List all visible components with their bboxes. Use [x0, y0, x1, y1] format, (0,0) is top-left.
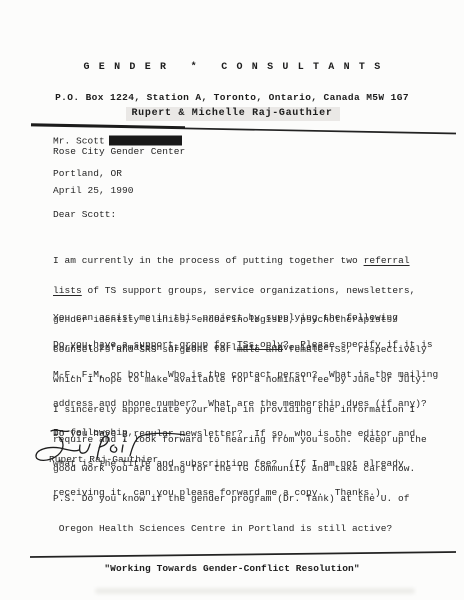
letter-page: GENDER * CONSULTANTS P.O. Box 1224, Stat…	[0, 0, 464, 600]
text-segment: M-F, F-M, or both. Who is the contact pe…	[53, 369, 438, 380]
body-line: M-F, F-M, or both. Who is the contact pe…	[53, 370, 438, 380]
footer-divider-rule	[26, 548, 460, 562]
recipient-city: Portland, OR	[53, 169, 122, 179]
text-segment: I sincerely appreciate your help in prov…	[53, 404, 415, 415]
postscript-line: Oregon Health Sciences Centre in Portlan…	[53, 524, 410, 534]
recipient-name-text: Mr. Scott	[53, 135, 105, 146]
body-line: Do you have a support group for TSs only…	[53, 340, 438, 350]
body-line: I sincerely appreciate your help in prov…	[53, 405, 427, 415]
signer-name: Rupert Raj-Gauthier	[49, 455, 158, 465]
scan-artifact	[95, 588, 415, 594]
redacted-name-box	[109, 136, 182, 146]
body-line: good work you are doing for the TG commu…	[53, 464, 427, 474]
recipient-name-line: Mr. Scott	[53, 136, 182, 146]
letter-date: April 25, 1990	[53, 186, 134, 196]
postscript: P.S. Do you know if the gender program (…	[53, 474, 410, 553]
recipient-org: Rose City Gender Center	[53, 147, 185, 157]
letterhead-title: GENDER * CONSULTANTS	[0, 62, 464, 73]
postscript-line: P.S. Do you know if the gender program (…	[53, 494, 410, 504]
text-segment: Do you have a support group for	[53, 339, 237, 350]
footer-motto: "Working Towards Gender-Conflict Resolut…	[0, 563, 464, 574]
salutation: Dear Scott:	[53, 210, 116, 220]
text-segment: I am currently in the process of putting…	[53, 255, 364, 266]
letterhead-names: Rupert & Michelle Raj-Gauthier	[0, 108, 464, 119]
letterhead-address: P.O. Box 1224, Station A, Toronto, Ontar…	[0, 92, 464, 103]
body-line: I am currently in the process of putting…	[53, 256, 427, 266]
underlined-text: referral	[364, 255, 410, 266]
text-segment: ? Please specify if it is	[283, 339, 433, 350]
underlined-text: TSs only	[237, 339, 283, 350]
